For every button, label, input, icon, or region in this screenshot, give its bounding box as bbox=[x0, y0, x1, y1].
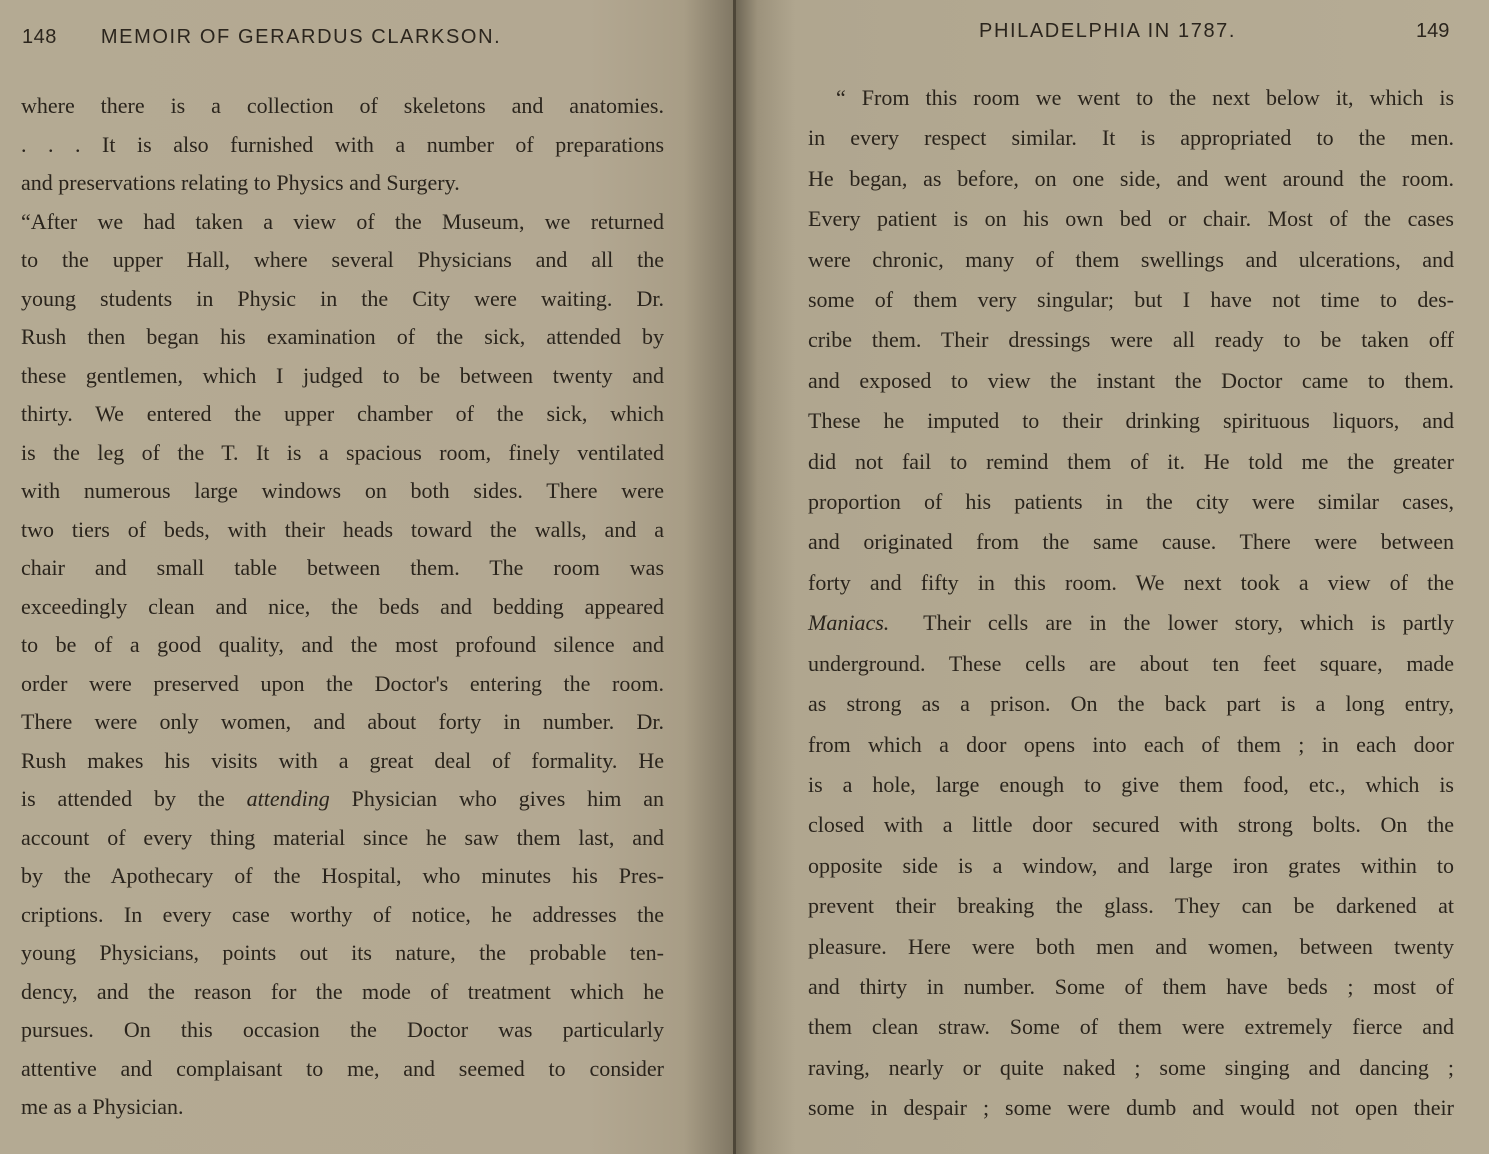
text-line: account of every thing material since he… bbox=[21, 819, 664, 858]
text-line: young Physicians, points out its nature,… bbox=[21, 934, 664, 973]
text-line: Rush then began his examination of the s… bbox=[21, 318, 664, 357]
text-line: He began, as before, on one side, and we… bbox=[808, 159, 1454, 199]
text-line: in every respect similar. It is appropri… bbox=[808, 118, 1454, 158]
text-line: underground. These cells are about ten f… bbox=[808, 644, 1454, 684]
text-line: dency, and the reason for the mode of tr… bbox=[21, 973, 664, 1012]
right-page-number: 149 bbox=[1416, 20, 1449, 43]
text-line: Rush makes his visits with a great deal … bbox=[21, 742, 664, 781]
left-page: 148MEMOIR OF GERARDUS CLARKSON. where th… bbox=[0, 0, 735, 1154]
text-line: them clean straw. Some of them were extr… bbox=[808, 1007, 1454, 1047]
text-line: and originated from the same cause. Ther… bbox=[808, 522, 1454, 562]
text-segment: is attended by the bbox=[21, 786, 225, 811]
text-line: two tiers of beds, with their heads towa… bbox=[21, 511, 664, 550]
text-line: Every patient is on his own bed or chair… bbox=[808, 199, 1454, 239]
text-line: some of them very singular; but I have n… bbox=[808, 280, 1454, 320]
italic-word-attending: attending bbox=[247, 786, 330, 811]
text-line: some in despair ; some were dumb and wou… bbox=[808, 1088, 1454, 1128]
text-line: to be of a good quality, and the most pr… bbox=[21, 626, 664, 665]
text-line: These he imputed to their drinking spiri… bbox=[808, 401, 1454, 441]
text-line: “After we had taken a view of the Museum… bbox=[21, 203, 664, 242]
text-line-with-italic: Maniacs. Their cells are in the lower st… bbox=[808, 603, 1454, 643]
book-spread: 148MEMOIR OF GERARDUS CLARKSON. where th… bbox=[0, 0, 1489, 1154]
italic-word-maniacs: Maniacs. bbox=[808, 610, 889, 635]
text-line: forty and fifty in this room. We next to… bbox=[808, 563, 1454, 603]
text-line: chair and small table between them. The … bbox=[21, 549, 664, 588]
text-line: by the Apothecary of the Hospital, who m… bbox=[21, 857, 664, 896]
text-line: attentive and complaisant to me, and see… bbox=[21, 1050, 664, 1089]
text-line: and preservations relating to Physics an… bbox=[21, 164, 664, 203]
text-line: me as a Physician. bbox=[21, 1088, 664, 1127]
text-line: and exposed to view the instant the Doct… bbox=[808, 361, 1454, 401]
text-line: cribe them. Their dressings were all rea… bbox=[808, 320, 1454, 360]
right-running-head: PHILADELPHIA IN 1787. bbox=[979, 20, 1236, 43]
text-line: where there is a collection of skeletons… bbox=[21, 87, 664, 126]
text-line: to the upper Hall, where several Physici… bbox=[21, 241, 664, 280]
text-line: thirty. We entered the upper chamber of … bbox=[21, 395, 664, 434]
left-running-title: MEMOIR OF GERARDUS CLARKSON. bbox=[101, 26, 501, 48]
text-line: prevent their breaking the glass. They c… bbox=[808, 886, 1454, 926]
text-line: exceedingly clean and nice, the beds and… bbox=[21, 588, 664, 627]
text-line-with-italic: is attended by the attending Physician w… bbox=[21, 780, 664, 819]
text-line: these gentlemen, which I judged to be be… bbox=[21, 357, 664, 396]
text-line: is the leg of the T. It is a spacious ro… bbox=[21, 434, 664, 473]
text-line: There were only women, and about forty i… bbox=[21, 703, 664, 742]
text-line: criptions. In every case worthy of notic… bbox=[21, 896, 664, 935]
text-segment: Their cells are in the lower story, whic… bbox=[923, 610, 1454, 635]
text-segment: Physician who gives him an bbox=[352, 786, 664, 811]
text-line: were chronic, many of them swellings and… bbox=[808, 240, 1454, 280]
left-page-body: where there is a collection of skeletons… bbox=[21, 87, 664, 1127]
text-line: did not fail to remind them of it. He to… bbox=[808, 442, 1454, 482]
text-line: is a hole, large enough to give them foo… bbox=[808, 765, 1454, 805]
text-line: pleasure. Here were both men and women, … bbox=[808, 927, 1454, 967]
text-line: raving, nearly or quite naked ; some sin… bbox=[808, 1048, 1454, 1088]
text-line: . . . It is also furnished with a number… bbox=[21, 126, 664, 165]
text-line: pursues. On this occasion the Doctor was… bbox=[21, 1011, 664, 1050]
text-line: with numerous large windows on both side… bbox=[21, 472, 664, 511]
text-line: closed with a little door secured with s… bbox=[808, 805, 1454, 845]
text-line: proportion of his patients in the city w… bbox=[808, 482, 1454, 522]
text-line: and thirty in number. Some of them have … bbox=[808, 967, 1454, 1007]
text-line: young students in Physic in the City wer… bbox=[21, 280, 664, 319]
book-gutter bbox=[733, 0, 736, 1154]
left-running-head: 148MEMOIR OF GERARDUS CLARKSON. bbox=[22, 26, 501, 49]
left-page-number: 148 bbox=[22, 26, 57, 48]
text-line: order were preserved upon the Doctor's e… bbox=[21, 665, 664, 704]
text-line: opposite side is a window, and large iro… bbox=[808, 846, 1454, 886]
text-line: from which a door opens into each of the… bbox=[808, 725, 1454, 765]
text-line: as strong as a prison. On the back part … bbox=[808, 684, 1454, 724]
right-page-body: “ From this room we went to the next bel… bbox=[808, 78, 1454, 1129]
text-line: “ From this room we went to the next bel… bbox=[808, 78, 1454, 118]
